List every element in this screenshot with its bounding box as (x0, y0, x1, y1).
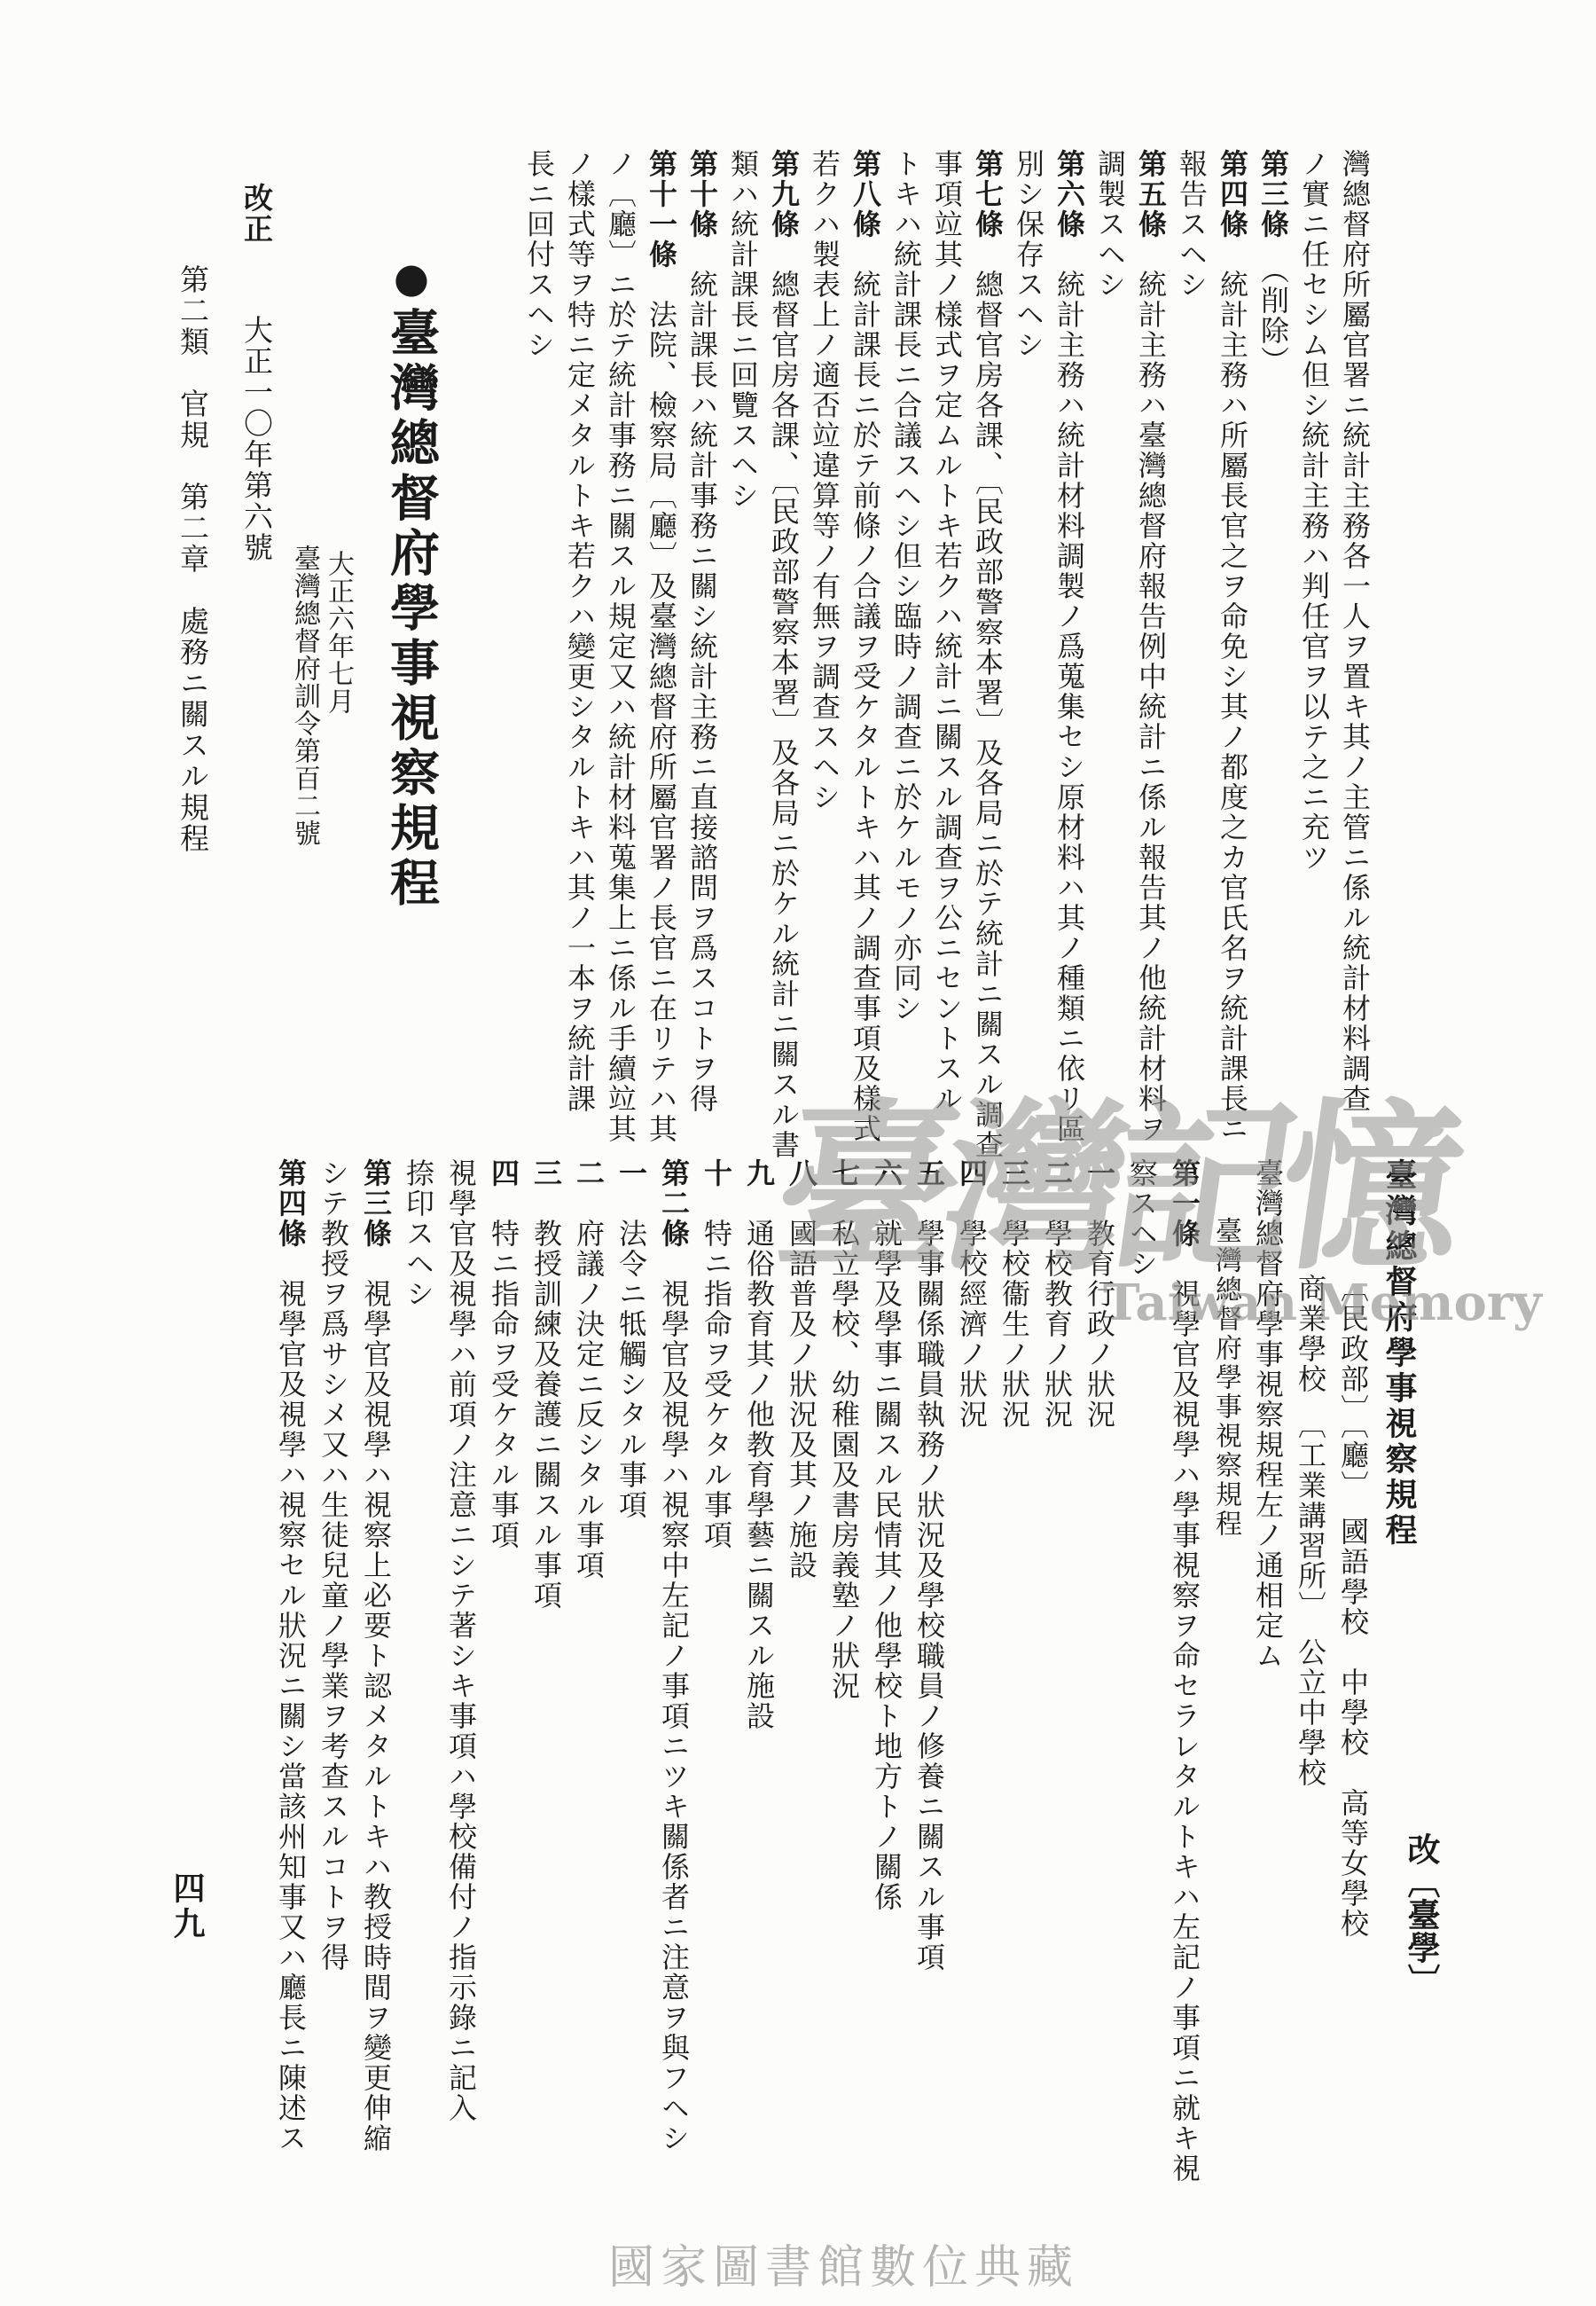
column-body: 國語普及ノ狀況及其ノ施設 (785, 1188, 818, 1580)
column-body: ノ樣式等ヲ特ニ定メタルトキ若クハ變更シタルトキハ其ノ一本ヲ統計課 (563, 149, 597, 1114)
column-head: 第五條 (1134, 149, 1168, 239)
text-column-article: 第六條 統計主務ハ統計材料調製ノ爲蒐集セシ原材料ハ其ノ種類ニ依リ區 (1053, 149, 1084, 1133)
upper-text-register: 灣總督府所屬官署ニ統計主務各一人ヲ置キ其ノ主管ニ係ル統計材料調查ノ實ニ任セシム但… (264, 149, 1370, 1133)
text-column-plain: 別シ保存スヘシ (1013, 149, 1044, 1133)
column-head: 一 (1083, 1158, 1116, 1188)
text-column-doc-heading: 臺灣總督府學事視察規程 (1380, 1158, 1419, 2174)
column-body: 法院、檢察局〔廳〕及臺灣總督府所屬官署ノ長官ニ在リテハ其 (645, 270, 678, 1144)
column-body: 法令ニ牴觸シタル事項 (614, 1188, 648, 1520)
column-body: トキハ統計課長ニ合議スヘシ但シ臨時ノ調查ニ於ケルモノ亦同シ (889, 149, 923, 1024)
text-column-school-note: 〔民政部〕〔廳〕 國語學校 中學校 高等女學校 (1337, 1158, 1368, 2174)
text-column-school-note: 商業學校 〔工業講習所〕 公立中學校 (1295, 1158, 1326, 2174)
lower-text-register: 臺灣總督府學事視察規程〔民政部〕〔廳〕 國語學校 中學校 高等女學校商業學校 〔… (263, 1158, 1419, 2174)
column-body: 總督官房各課、〔民政部警察本署〕及各局ニ於ケル統計ニ關スル書 (767, 239, 801, 1160)
column-body: 視學官及視學ハ視察セル狀況ニ關シ當該州知事又ハ廳長ニ陳述ス (274, 1249, 308, 2153)
column-body: 統計課長ハ統計事務ニ關シ統計主務ニ直接諮問ヲ爲スコトヲ得 (685, 239, 719, 1114)
text-column-plain: シテ教授ヲ爲サシメ又ハ生徒兒童ノ學業ヲ考查スルコトヲ得 (317, 1158, 348, 2174)
text-column-plain: 視學官及視學ハ前項ノ注意ニシテ著シキ事項ハ學校備付ノ指示錄ニ記入 (445, 1158, 476, 2174)
column-head: ● (387, 254, 435, 307)
text-column-plain: 調製スヘシ (1094, 149, 1125, 1133)
text-column-article: 第四條 視學官及視學ハ視察セル狀況ニ關シ當該州知事又ハ廳長ニ陳述ス (275, 1158, 306, 2174)
text-column-plain: ノ樣式等ヲ特ニ定メタルトキ若クハ變更シタルトキハ其ノ一本ヲ統計課 (564, 149, 595, 1133)
text-column-list-item: 一 教育行政ノ狀況 (1084, 1158, 1115, 2174)
column-head: 四 (487, 1158, 520, 1188)
column-head: 第二條 (657, 1158, 691, 1249)
column-head: 第三條 (359, 1158, 393, 1249)
text-column-article: 第十條 統計課長ハ統計事務ニ關シ統計主務ニ直接諮問ヲ爲スコトヲ得 (686, 149, 717, 1133)
column-head: 第七條 (971, 149, 1005, 239)
column-body: 學事關係職員執務ノ狀況及學校職員ノ修養ニ關スル事項 (912, 1188, 946, 1973)
text-column-article: 第五條 統計主務ハ臺灣總督府報告例中統計ニ係ル報告其ノ他統計材料ヲ (1135, 149, 1166, 1133)
text-column-article: 第一條 視學官及視學ハ學事視察ヲ命セラレタルトキハ左記ノ事項ニ就キ視 (1169, 1158, 1200, 2174)
text-column-kunrei-date: 大正六年七月 (323, 149, 353, 1133)
column-body: 統計主務ハ所屬長官之ヲ命免シ其ノ都度之カ官氏名ヲ統計課長ニ (1216, 239, 1249, 1144)
text-column-plain: トキハ統計課長ニ合議スヘシ但シ臨時ノ調查ニ於ケルモノ亦同シ (890, 149, 921, 1133)
column-head: 二 (1040, 1158, 1074, 1188)
column-body: シテ教授ヲ爲サシメ又ハ生徒兒童ノ學業ヲ考查スルコトヲ得 (317, 1158, 350, 1973)
text-column-list-item: 一 法令ニ牴觸シタル事項 (615, 1158, 646, 2174)
text-column-article: 第十一條 法院、檢察局〔廳〕及臺灣總督府所屬官署ノ長官ニ在リテハ其 (645, 149, 677, 1133)
column-body: 大正六年七月 (323, 550, 354, 715)
text-column-list-item: 三 教授訓練及養護ニ關スル事項 (530, 1158, 561, 2174)
column-body: 統計主務ハ統計材料調製ノ爲蒐集セシ原材料ハ其ノ種類ニ依リ區 (1052, 239, 1086, 1144)
text-column-article: 第三條 （削除） (1257, 149, 1288, 1133)
text-column-kunrei-number: 臺灣總督府訓令第百二號 (289, 149, 319, 1133)
text-column-plain: 灣總督府所屬官署ニ統計主務各一人ヲ置キ其ノ主管ニ係ル統計材料調查 (1339, 149, 1370, 1133)
text-column-big-title: ●臺灣總督府學事視察規程 (385, 149, 438, 1133)
column-body: 特ニ指命ヲ受ケタル事項 (487, 1188, 520, 1550)
text-column-plain: 報告スヘシ (1176, 149, 1207, 1133)
column-head: 二 (572, 1158, 606, 1188)
column-head: 三 (529, 1158, 563, 1188)
text-column-list-item: 九 通俗教育其ノ他教育學藝ニ關スル施設 (743, 1158, 774, 2174)
column-body: 別シ保存スヘシ (1012, 149, 1045, 360)
column-head: 第一條 (1168, 1158, 1201, 1249)
column-head: 第三條 (1256, 149, 1290, 239)
footer-caption: 國家圖書館數位典藏 (608, 2230, 1079, 2296)
column-body: 私立學校、幼稚園及書房義塾ノ狀況 (827, 1188, 861, 1701)
text-column-article: 第二條 視學官及視學ハ視察中左記ノ事項ニツキ關係者ニ注意ヲ與フヘシ (658, 1158, 689, 2174)
column-head: 八 (785, 1158, 818, 1188)
text-column-plain: ノ〔廳〕ニ於テ統計事務ニ關スル規定又ハ統計材料蒐集上ニ係ル手續竝其 (605, 149, 636, 1133)
column-head: 五 (912, 1158, 946, 1188)
column-body: 府議ノ決定ニ反シタル事項 (572, 1188, 606, 1580)
column-body: 事項竝其ノ樣式ヲ定ムルトキ若クハ統計ニ關スル調查ヲ公ニセントスル (930, 149, 964, 1114)
column-body: 臺灣總督府訓令第百二號 (289, 545, 320, 847)
text-column-plain: 長ニ回付スヘシ (523, 149, 554, 1133)
column-body: 視學官及視學ハ學事視察ヲ命セラレタルトキハ左記ノ事項ニ就キ視 (1168, 1249, 1201, 2184)
column-head: 六 (870, 1158, 904, 1188)
text-column-plain: 事項竝其ノ樣式ヲ定ムルトキ若クハ統計ニ關スル調查ヲ公ニセントスル (931, 149, 962, 1133)
column-body: 統計課長ニ於テ前條ノ合議ヲ受ケタルトキハ其ノ調查事項及樣式 (849, 239, 882, 1144)
text-column-list-item: 八 國語普及ノ狀況及其ノ施設 (786, 1158, 817, 2174)
column-head: 第六條 (1052, 149, 1086, 239)
column-body: 總督官房各課、〔民政部警察本署〕及各局ニ於テ統計ニ關スル調查 (971, 239, 1005, 1160)
column-body: 調製スヘシ (1093, 149, 1127, 300)
column-body: 特ニ指命ヲ受ケタル事項 (700, 1188, 733, 1550)
text-column-list-item: 五 學事關係職員執務ノ狀況及學校職員ノ修養ニ關スル事項 (913, 1158, 944, 2174)
text-column-list-item: 六 就學及學事ニ關スル民情其ノ他學校ト地方トノ關係 (871, 1158, 902, 2174)
column-body: 學校經濟ノ狀況 (955, 1188, 989, 1430)
text-column-plain: ノ實ニ任セシム但シ統計主務ハ判任官ヲ以テ之ニ充ツ (1298, 149, 1329, 1133)
text-column-plain: 臺灣總督府學事視察規程左ノ通相定ム (1252, 1158, 1283, 2174)
revision-stamp: 改〔臺學〕 (1397, 1832, 1445, 1996)
column-body: 商業學校 〔工業講習所〕 公立中學校 (1294, 1274, 1327, 1788)
text-column-plain: 捺印スヘシ (403, 1158, 434, 2174)
column-head: 四 (955, 1158, 989, 1188)
text-column-list-item: 七 私立學校、幼稚園及書房義塾ノ狀況 (828, 1158, 859, 2174)
column-body: 察スヘシ (1125, 1158, 1159, 1279)
text-column-plain: 察スヘシ (1126, 1158, 1157, 2174)
column-body: 長ニ回付スヘシ (522, 149, 556, 360)
column-body: 類ハ統計課長ニ回覽スヘシ (726, 149, 760, 511)
column-body: 學校衞生ノ狀況 (997, 1188, 1031, 1430)
column-body: 通俗教育其ノ他教育學藝ニ關スル施設 (742, 1188, 776, 1731)
column-body: 統計主務ハ臺灣總督府報告例中統計ニ係ル報告其ノ他統計材料ヲ (1134, 239, 1168, 1144)
text-column-article: 第三條 視學官及視學ハ視察上必要ト認メタルトキハ教授時間ヲ變更伸縮 (360, 1158, 391, 2174)
edition-note-issue: 大正一〇年第六號 (239, 315, 274, 563)
column-head: 第十一條 (645, 149, 678, 270)
edition-note: 改正 大正一〇年第六號 (236, 183, 278, 563)
text-column-article: 第四條 統計主務ハ所屬長官之ヲ命免シ其ノ都度之カ官氏名ヲ統計課長ニ (1217, 149, 1248, 1133)
column-body: 視學官及視學ハ視察中左記ノ事項ニツキ關係者ニ注意ヲ與フヘシ (657, 1249, 691, 2153)
column-body: 〔民政部〕〔廳〕 國語學校 中學校 高等女學校 (1336, 1274, 1370, 1939)
edition-note-label: 改正 (239, 183, 274, 245)
column-head: 第四條 (274, 1158, 308, 1249)
column-body: 臺灣總督府學事視察規程 (1381, 1158, 1418, 1549)
column-head: 第九條 (767, 149, 801, 239)
text-column-list-item: 二 府議ノ決定ニ反シタル事項 (573, 1158, 604, 2174)
column-body: 灣總督府所屬官署ニ統計主務各一人ヲ置キ其ノ主管ニ係ル統計材料調查 (1338, 149, 1372, 1114)
text-column-plain: 類ハ統計課長ニ回覽スヘシ (727, 149, 758, 1133)
text-column-list-item: 四 學校經濟ノ狀況 (956, 1158, 987, 2174)
column-body: 臺灣總督府學事視察規程左ノ通相定ム (1251, 1158, 1285, 1671)
column-head: 九 (742, 1158, 776, 1188)
column-body: 視學官及視學ハ前項ノ注意ニシテ著シキ事項ハ學校備付ノ指示錄ニ記入 (444, 1158, 478, 2123)
column-body: 若クハ製表上ノ適否竝違算等ノ有無ヲ調查スヘシ (808, 149, 841, 812)
column-body: 臺灣總督府學事視察規程 (1210, 1217, 1241, 1539)
text-column-list-item: 四 特ニ指命ヲ受ケタル事項 (488, 1158, 519, 2174)
column-body: 學校教育ノ狀況 (1040, 1188, 1074, 1430)
page-number: 四九 (165, 1871, 210, 1942)
category-note: 第二類 官規 第二章 處務ニ關スル規程 (172, 264, 214, 854)
column-head: 一 (614, 1158, 648, 1188)
column-head: 第十條 (685, 149, 719, 239)
column-body: ノ實ニ任セシム但シ統計主務ハ判任官ヲ以テ之ニ充ツ (1297, 149, 1331, 873)
text-column-article: 第七條 總督官房各課、〔民政部警察本署〕及各局ニ於テ統計ニ關スル調查 (972, 149, 1003, 1133)
text-column-reg-title: 臺灣總督府學事視察規程 (1211, 1158, 1240, 2174)
column-head: 三 (997, 1158, 1031, 1188)
text-column-article: 第九條 總督官房各課、〔民政部警察本署〕及各局ニ於ケル統計ニ關スル書 (768, 149, 799, 1133)
column-body: 教授訓練及養護ニ關スル事項 (529, 1188, 563, 1611)
column-body: 捺印スヘシ (402, 1158, 435, 1309)
text-column-article: 第八條 統計課長ニ於テ前條ノ合議ヲ受ケタルトキハ其ノ調查事項及樣式 (849, 149, 880, 1133)
column-head: 七 (827, 1158, 861, 1188)
column-head: 第四條 (1216, 149, 1249, 239)
text-column-plain: 若クハ製表上ノ適否竝違算等ノ有無ヲ調查スヘシ (809, 149, 840, 1133)
column-body: ノ〔廳〕ニ於テ統計事務ニ關スル規定又ハ統計材料蒐集上ニ係ル手續竝其 (604, 149, 638, 1144)
column-body: 就學及學事ニ關スル民情其ノ他學校ト地方トノ關係 (870, 1188, 904, 1912)
column-body: （削除） (1256, 239, 1290, 376)
column-body: 報告スヘシ (1175, 149, 1209, 300)
text-column-list-item: 二 學校教育ノ狀況 (1041, 1158, 1072, 2174)
text-column-list-item: 三 學校衞生ノ狀況 (998, 1158, 1029, 2174)
column-head: 十 (700, 1158, 733, 1188)
column-body: 臺灣總督府學事視察規程 (382, 307, 441, 912)
column-body: 教育行政ノ狀況 (1083, 1188, 1116, 1430)
column-head: 第八條 (849, 149, 882, 239)
column-body: 視學官及視學ハ視察上必要ト認メタルトキハ教授時間ヲ變更伸縮 (359, 1249, 393, 2153)
text-column-list-item: 十 特ニ指命ヲ受ケタル事項 (700, 1158, 731, 2174)
